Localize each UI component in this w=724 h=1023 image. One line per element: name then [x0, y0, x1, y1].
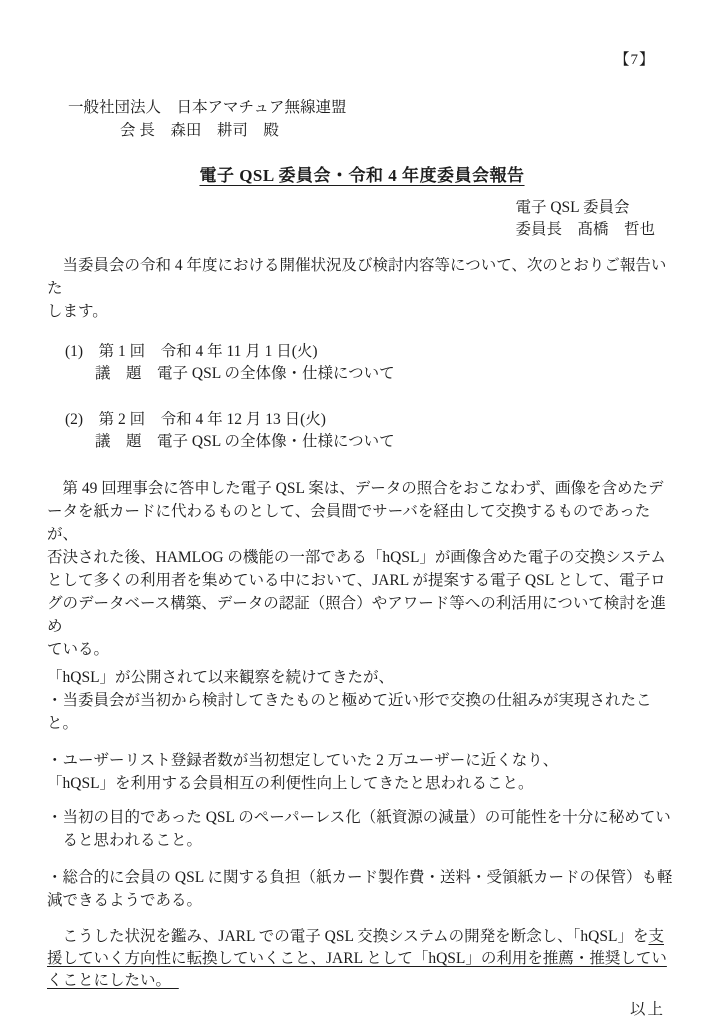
text-segment: こうした状況を鑑み、JARL での電子 QSL 交換システムの開発を断念し、「h…: [47, 928, 648, 945]
addressee-president-line: 会 長 森田 耕司 殿: [68, 119, 677, 142]
meeting-2-date-line: (2) 第 2 回 令和 4 年 12 月 13 日(火): [65, 409, 677, 431]
text-line: ータを紙カードに代わるものとして、会員間でサーバを経由して交換するものであったが…: [47, 500, 677, 546]
intro-paragraph: 当委員会の令和 4 年度における開催状況及び検討内容等について、次のとおりご報告…: [47, 254, 677, 323]
text-line: ると思われること。: [47, 829, 677, 852]
page-number: 【7】: [47, 50, 677, 70]
meeting-1-agenda-line: 議 題 電子 QSL の全体像・仕様について: [65, 363, 677, 385]
signature-committee: 電子 QSL 委員会: [515, 197, 655, 219]
text-line: 第 49 回理事会に答申した電子 QSL 案は、データの照合をおこなわず、画像を…: [47, 477, 677, 500]
text-line: 「hQSL」が公開されて以来観察を続けてきたが、: [47, 666, 677, 689]
document-title-text: 電子 QSL 委員会・令和 4 年度委員会報告: [199, 166, 524, 185]
document-page: 【7】 一般社団法人 日本アマチュア無線連盟 会 長 森田 耕司 殿 電子 QS…: [0, 0, 724, 1023]
text-line: ・総合的に会員の QSL に関する負担（紙カード製作費・送料・受領紙カードの保管…: [47, 866, 677, 889]
meeting-1-date-line: (1) 第 1 回 令和 4 年 11 月 1 日(火): [65, 341, 677, 363]
underlined-text-segment: 援していく方向性に転換していくこと、JARL として「hQSL」の利用を推薦・推…: [47, 950, 667, 967]
meeting-2: (2) 第 2 回 令和 4 年 12 月 13 日(火) 議 題 電子 QSL…: [47, 409, 677, 453]
text-line: ・当初の目的であった QSL のペーパーレス化（紙資源の減量）の可能性を十分に秘…: [47, 806, 677, 829]
observation-paragraph: 「hQSL」が公開されて以来観察を続けてきたが、・当委員会が当初から検討してきた…: [47, 666, 677, 735]
addressee-block: 一般社団法人 日本アマチュア無線連盟 会 長 森田 耕司 殿: [47, 96, 677, 142]
underlined-text-segment: くことにしたい。: [47, 972, 179, 989]
text-line: ・当委員会が当初から検討してきたものと極めて近い形で交換の仕組みが実現されたこと…: [47, 689, 677, 735]
text-line: 当委員会の令和 4 年度における開催状況及び検討内容等について、次のとおりご報告…: [47, 254, 677, 300]
text-line: グのデータベース構築、データの認証（照合）やアワード等への利活用について検討を進…: [47, 592, 677, 638]
document-title: 電子 QSL 委員会・令和 4 年度委員会報告: [47, 164, 677, 188]
bullet-burden-paragraph: ・総合的に会員の QSL に関する負担（紙カード製作費・送料・受領紙カードの保管…: [47, 866, 677, 912]
bullet-users-paragraph: ・ユーザーリスト登録者数が当初想定していた 2 万ユーザーに近くなり、「hQSL…: [47, 749, 677, 795]
text-line: します。: [47, 300, 677, 323]
signature-chairperson: 委員長 髙橋 哲也: [515, 219, 655, 241]
underlined-text-segment: 支: [648, 928, 664, 945]
text-line: こうした状況を鑑み、JARL での電子 QSL 交換システムの開発を断念し、「h…: [47, 926, 677, 948]
text-line: ・ユーザーリスト登録者数が当初想定していた 2 万ユーザーに近くなり、: [47, 749, 677, 772]
signature-block: 電子 QSL 委員会 委員長 髙橋 哲也: [47, 197, 677, 241]
background-paragraph: 第 49 回理事会に答申した電子 QSL 案は、データの照合をおこなわず、画像を…: [47, 477, 677, 661]
closing-word: 以上: [47, 999, 677, 1021]
text-line: くことにしたい。: [47, 970, 677, 992]
meeting-2-agenda-line: 議 題 電子 QSL の全体像・仕様について: [65, 431, 677, 453]
signature-inner: 電子 QSL 委員会 委員長 髙橋 哲也: [515, 197, 655, 241]
text-line: ている。: [47, 638, 677, 661]
text-line: 援していく方向性に転換していくこと、JARL として「hQSL」の利用を推薦・推…: [47, 948, 677, 970]
text-line: 否決された後、HAMLOG の機能の一部である「hQSL」が画像含めた電子の交換…: [47, 546, 677, 569]
meeting-1: (1) 第 1 回 令和 4 年 11 月 1 日(火) 議 題 電子 QSL …: [47, 341, 677, 385]
bullet-paperless-paragraph: ・当初の目的であった QSL のペーパーレス化（紙資源の減量）の可能性を十分に秘…: [47, 806, 677, 852]
text-line: として多くの利用者を集めている中において、JARL が提案する電子 QSL とし…: [47, 569, 677, 592]
addressee-org-line: 一般社団法人 日本アマチュア無線連盟: [68, 96, 677, 119]
conclusion-paragraph: こうした状況を鑑み、JARL での電子 QSL 交換システムの開発を断念し、「h…: [47, 926, 677, 992]
text-line: 「hQSL」を利用する会員相互の利便性向上してきたと思われること。: [47, 772, 677, 795]
text-line: 減できるようである。: [47, 889, 677, 912]
